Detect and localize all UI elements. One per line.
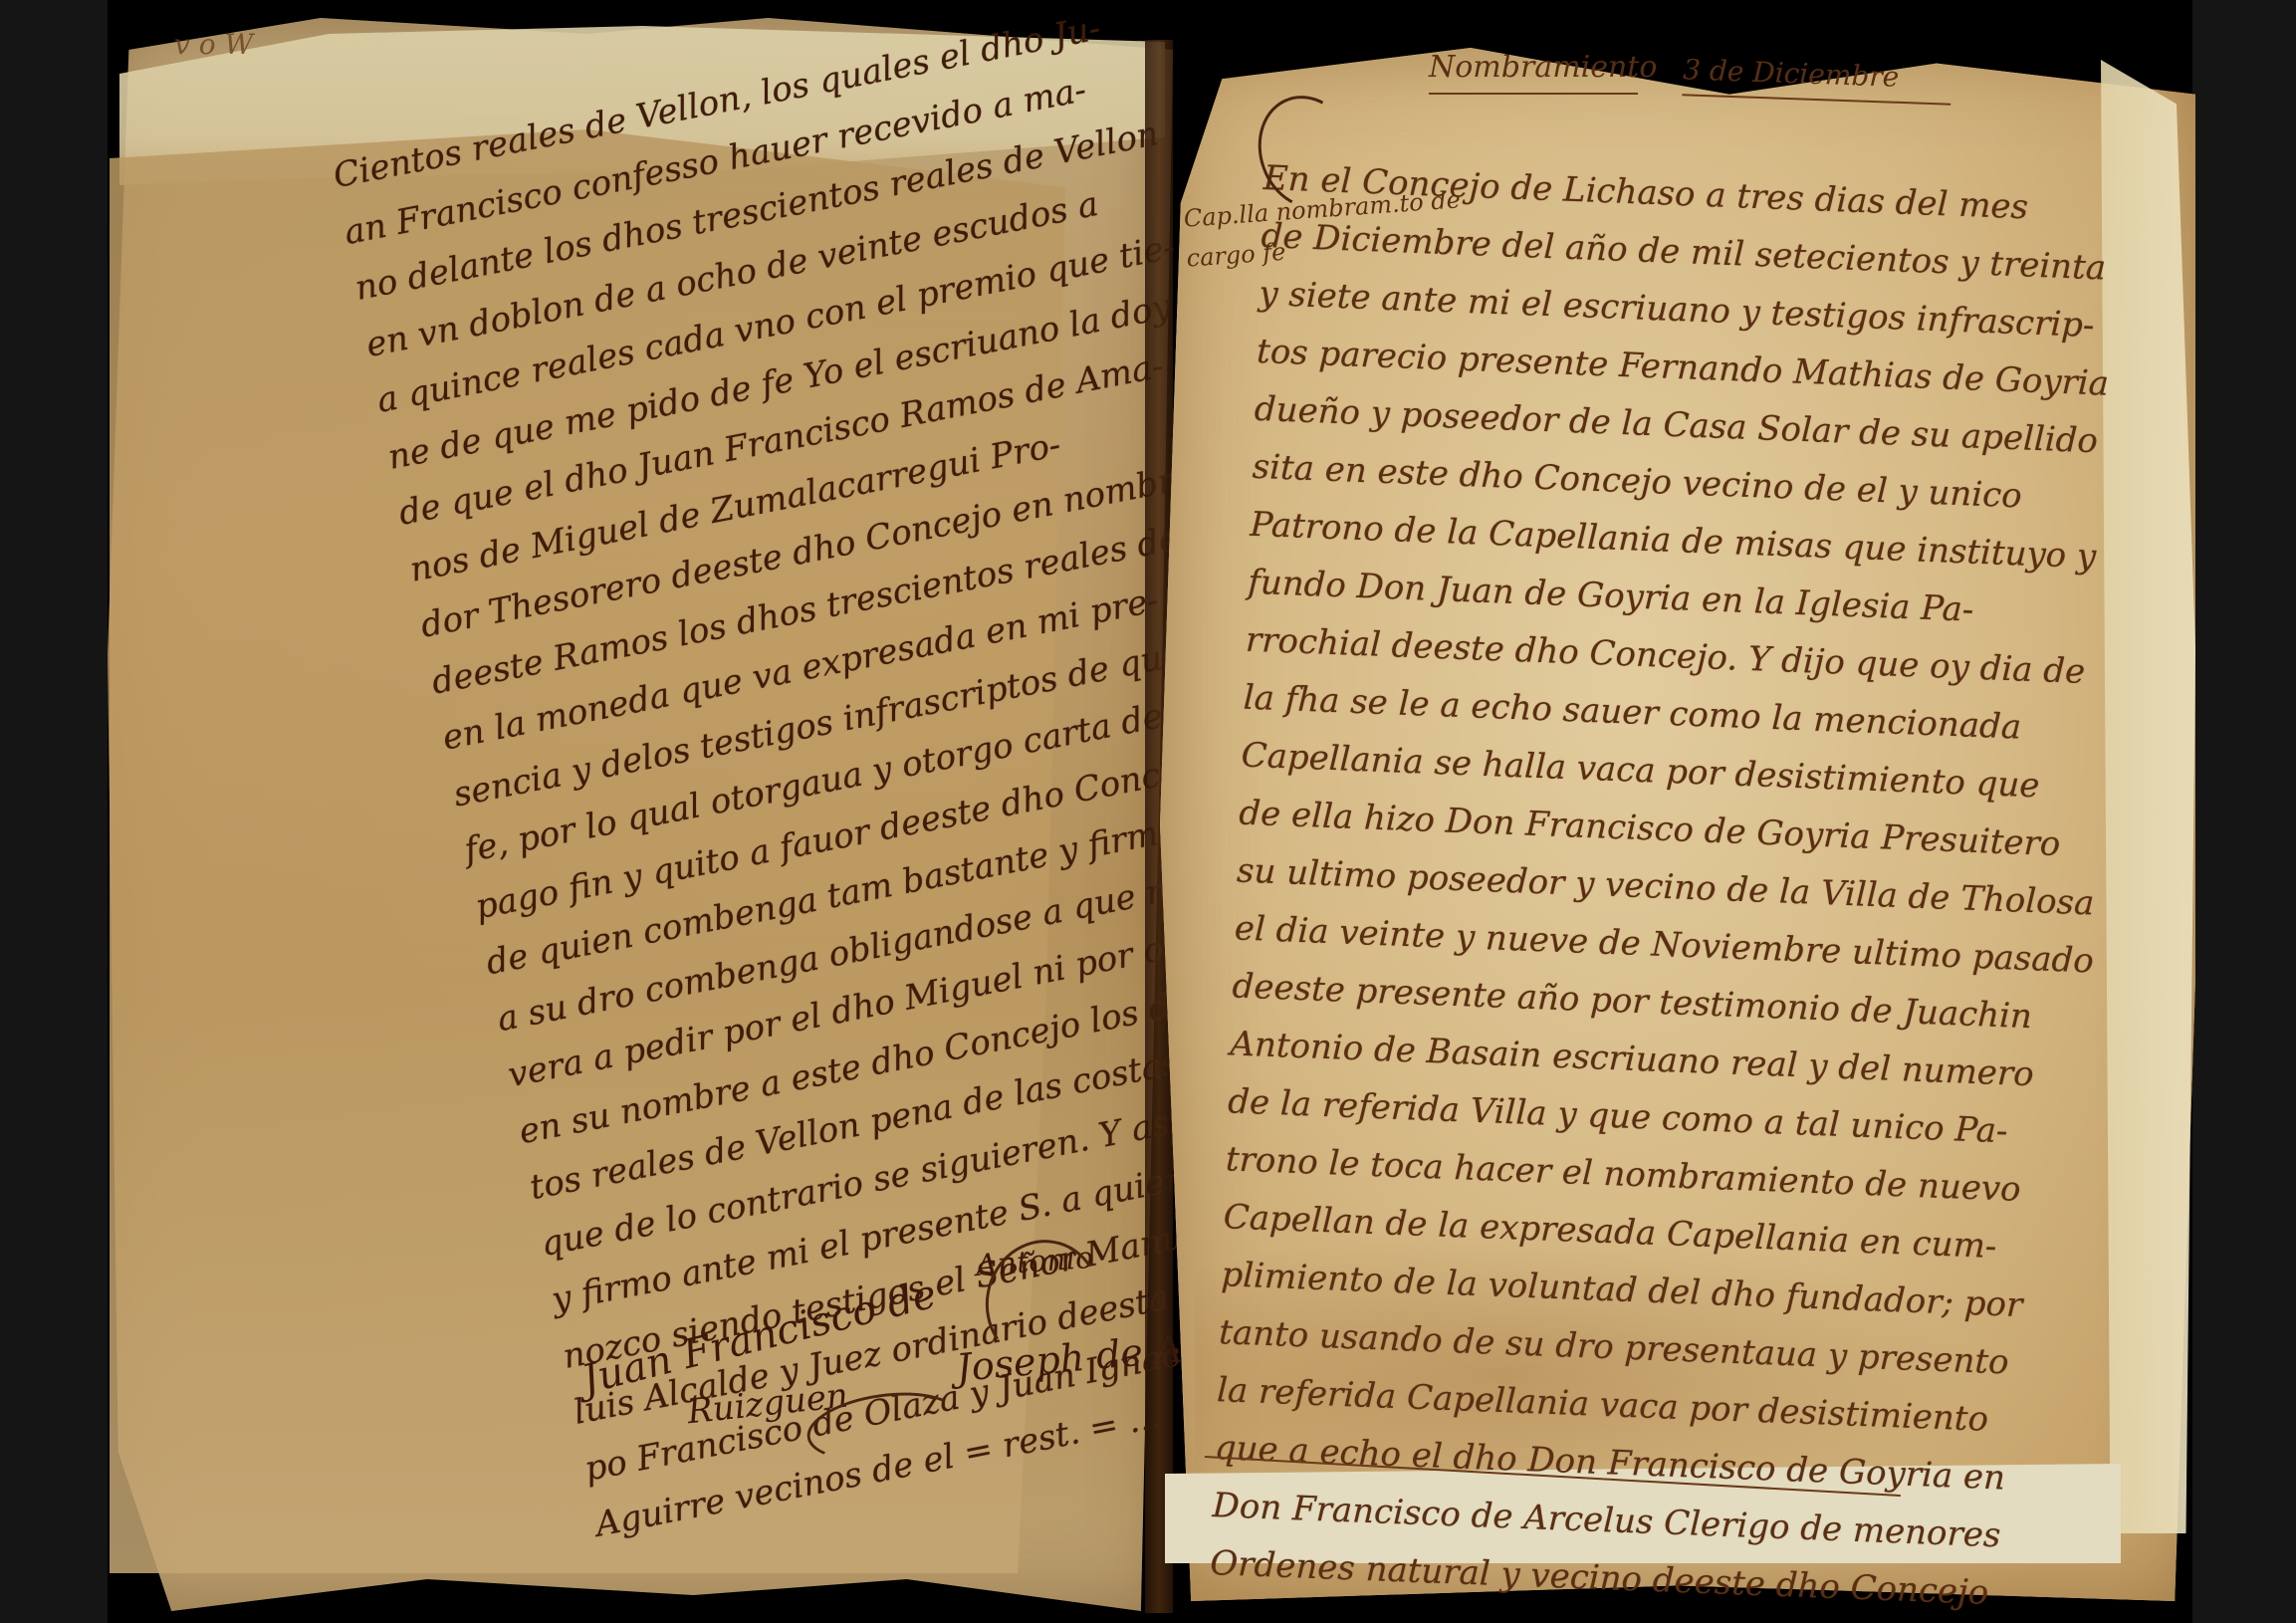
left-page-top-scribble: v o W <box>174 28 253 61</box>
left-side-bar <box>0 0 108 1623</box>
page-header-title: Nombramiento <box>1429 50 1638 95</box>
right-side-bar <box>2192 0 2296 1623</box>
right-page-text-block: En el Concejo de Lichaso a tres dias del… <box>1209 149 2120 1623</box>
